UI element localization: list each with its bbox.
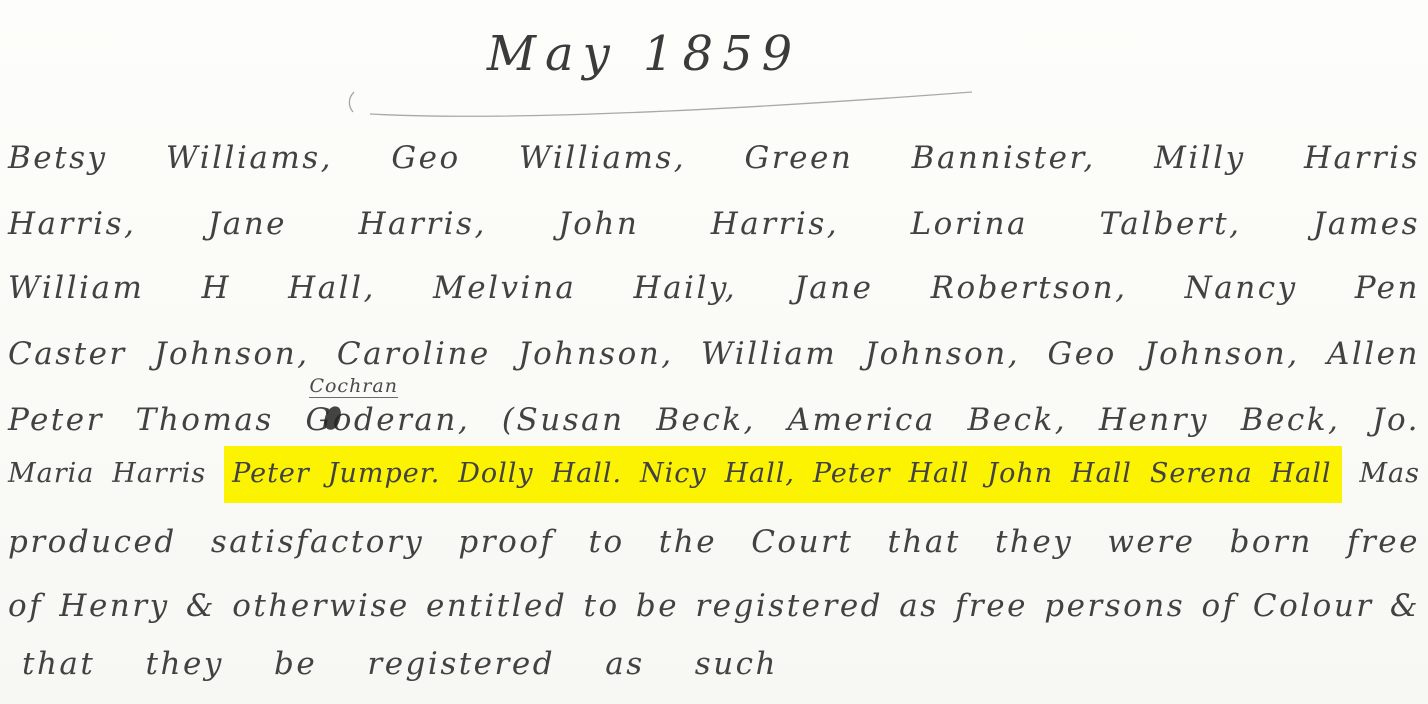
handwritten-line-7: produced satisfactory proof to the Court…	[8, 524, 1420, 560]
handwritten-line-4: Caster Johnson, Caroline Johnson, Willia…	[8, 336, 1420, 372]
handwritten-line-6: Maria Harris Peter Jumper. Dolly Hall. N…	[8, 458, 1420, 489]
line-6-post-text: Mas	[1342, 458, 1421, 489]
line-5-pre-text: Peter Thomas	[8, 402, 305, 438]
handwritten-line-2: Harris, Jane Harris, John Harris, Lorina…	[8, 206, 1420, 242]
handwritten-line-1: Betsy Williams, Geo Williams, Green Bann…	[8, 140, 1420, 176]
page-title: May 1859	[0, 26, 1358, 82]
corrected-surname: CochranGoderan	[305, 402, 457, 438]
handwritten-line-8: of Henry & otherwise entitled to be regi…	[8, 588, 1420, 624]
handwritten-line-5: Peter Thomas CochranGoderan, (Susan Beck…	[8, 402, 1420, 438]
interlinear-correction: Cochran	[309, 375, 398, 398]
line-5-post-text: , (Susan Beck, America Beck, Henry Beck,…	[458, 402, 1420, 438]
handwritten-line-9: that they be registered as such	[22, 646, 778, 682]
title-underline-flourish	[340, 86, 980, 122]
highlighted-names: Peter Jumper. Dolly Hall. Nicy Hall, Pet…	[224, 446, 1341, 503]
line-6-pre-text: Maria Harris	[8, 458, 224, 489]
scanned-document-page: May 1859 Betsy Williams, Geo Williams, G…	[0, 0, 1428, 704]
handwritten-line-3: William H Hall, Melvina Haily, Jane Robe…	[8, 270, 1420, 306]
